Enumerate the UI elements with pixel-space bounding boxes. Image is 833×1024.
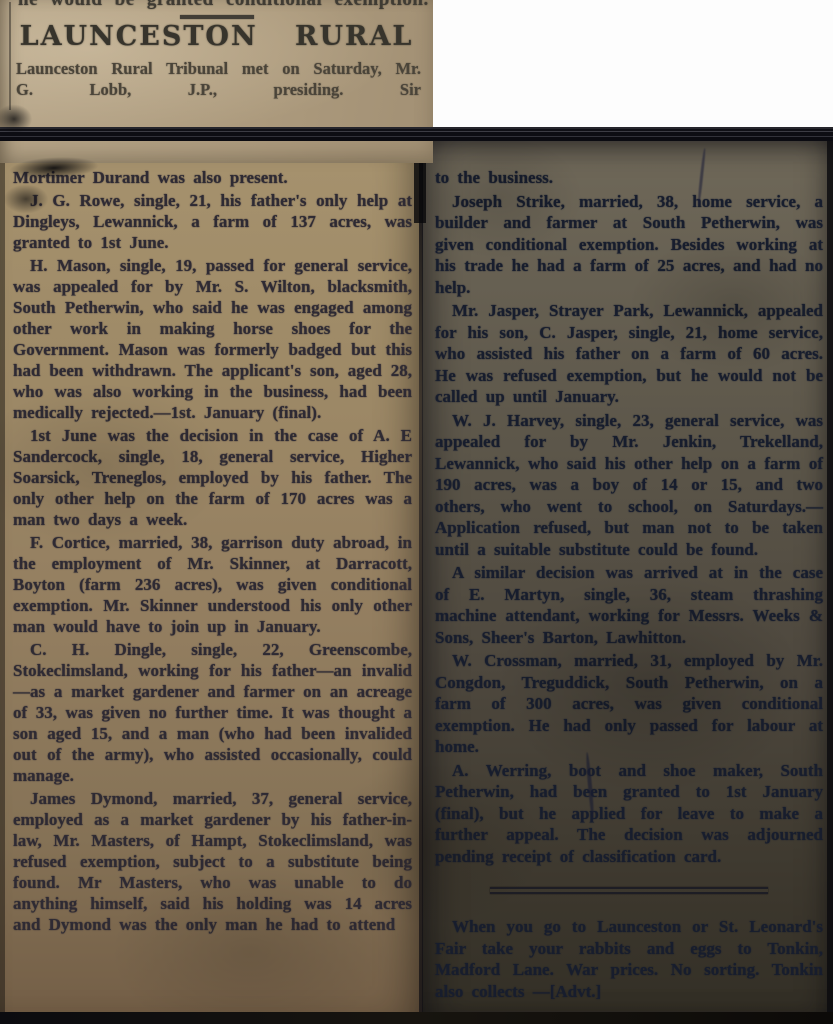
article-column-left: Mortimer Durand was also present. J. G. … [0,141,422,1012]
article-paragraph: C. H. Dingle, single, 22, Greenscombe, S… [13,639,412,786]
clipping-intro: Launceston Rural Tribunal met on Saturda… [16,58,421,100]
article-paragraph: Mr. Jasper, Strayer Park, Lewannick, app… [435,300,823,408]
article-paragraph: 1st June was the decision in the case of… [13,425,412,530]
column-divider-rule [419,141,423,1012]
article-paragraph: H. Mason, single, 19, passed for general… [13,255,412,423]
article-paragraph: James Dymond, married, 37, general servi… [13,788,412,935]
article-paragraph: J. G. Rowe, single, 21, his father's onl… [13,190,412,253]
clipping-cutoff-line: he would be granted conditional exemptio… [18,0,427,9]
article-body: Mortimer Durand was also present. J. G. … [0,141,833,1012]
page-edge-left [0,141,5,1012]
section-top-rule [0,127,833,141]
headline-divider-rule [180,15,254,19]
page-edge-right [827,141,833,1012]
clipping-left-rule [9,2,11,110]
article-paragraph: W. Crossman, married, 31, employed by Mr… [435,650,823,758]
bottom-rule [0,1012,833,1024]
article-paragraph: A. Werring, boot and shoe maker, South P… [435,760,823,868]
clipping-headline: LAUNCESTON RURAL [0,22,433,52]
article-paragraph: A similar decision was arrived at in the… [435,562,823,648]
article-column-right: to the business. Joseph Strike, married,… [422,141,833,1012]
article-paragraph: Mortimer Durand was also present. [13,167,412,188]
advert-divider-rule [490,887,768,894]
newspaper-scan: Mortimer Durand was also present. J. G. … [0,0,833,1024]
advert-paragraph: When you go to Launceston or St. Leonard… [435,916,823,1002]
article-paragraph: Joseph Strike, married, 38, home service… [435,191,823,299]
article-paragraph: W. J. Harvey, single, 23, general servic… [435,410,823,561]
article-paragraph: to the business. [435,167,823,189]
article-paragraph: F. Cortice, married, 38, garrison duty a… [13,532,412,637]
